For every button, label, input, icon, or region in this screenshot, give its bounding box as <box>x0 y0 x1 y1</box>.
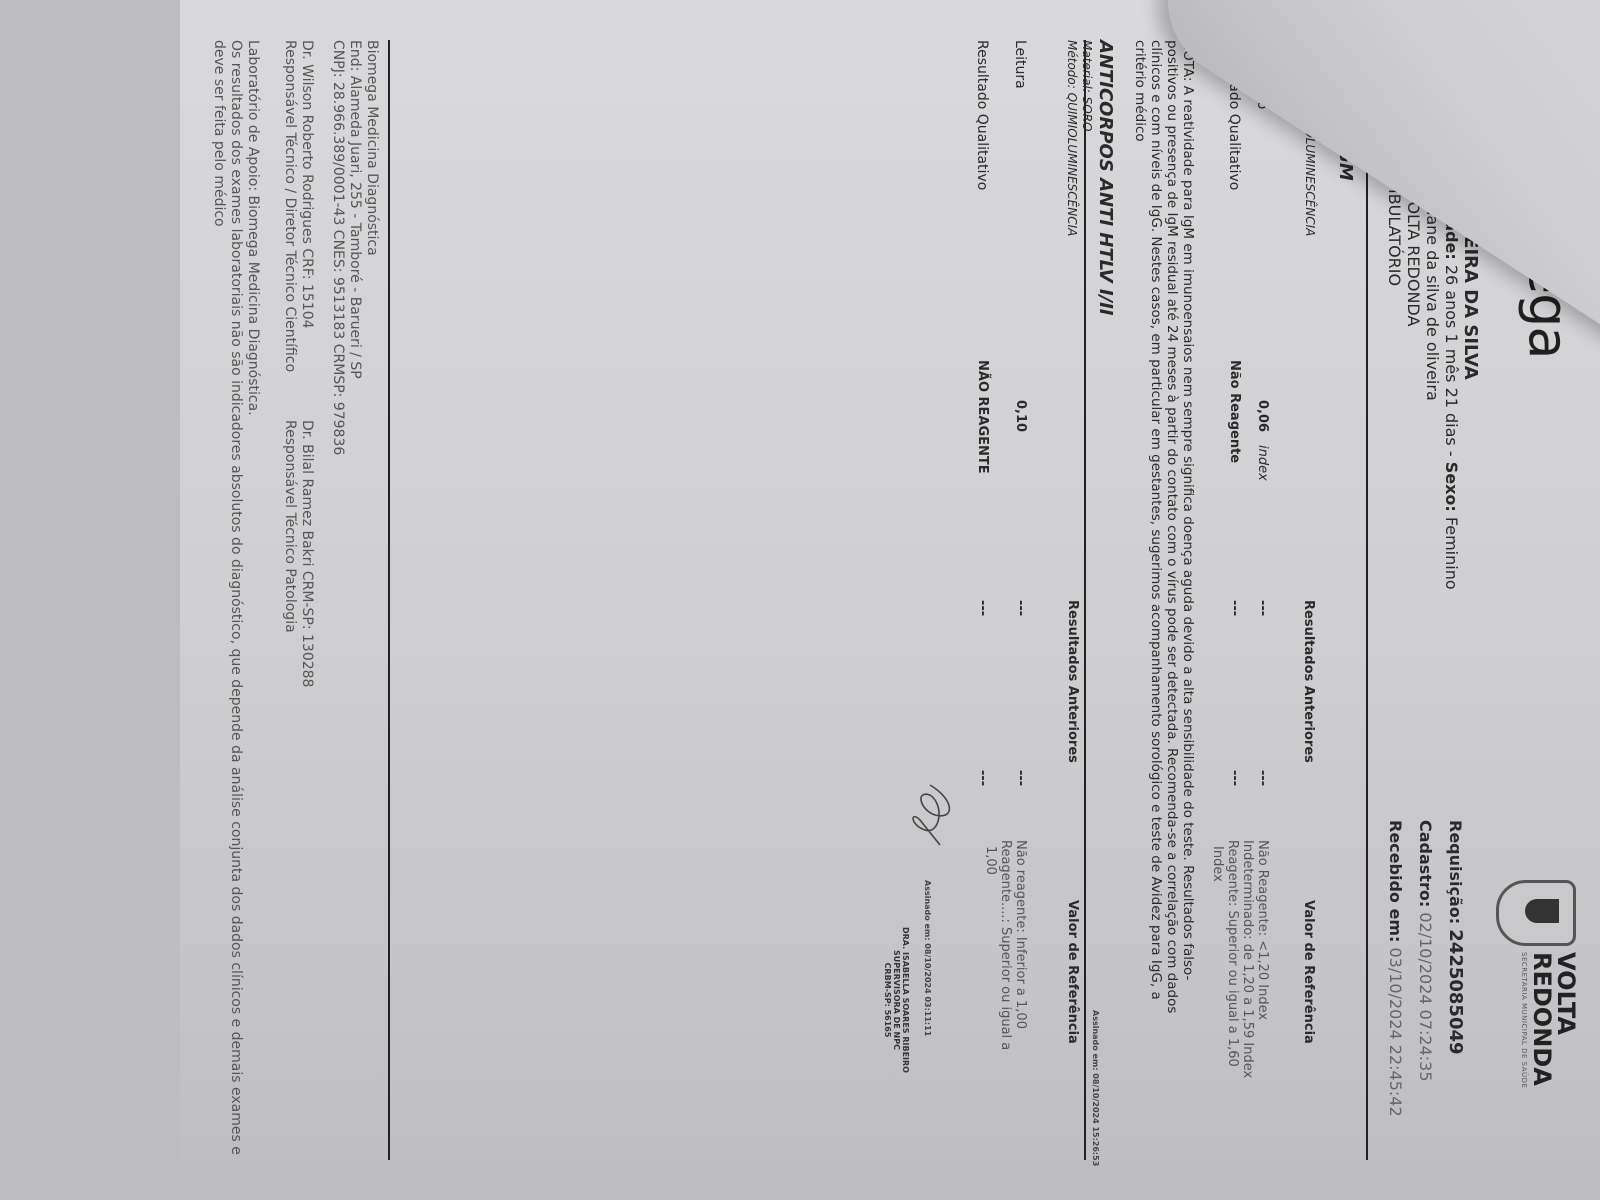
value-leitura: 0,10 <box>1013 400 1028 432</box>
handwritten-signature <box>900 780 960 850</box>
footer-address: End: Alameda Juari, 255 - Tamboré - Baru… <box>346 40 363 1160</box>
prev-result-2: --- <box>1227 770 1242 786</box>
reference-htlv: Não reagente: Inferior a 1,00 Reagente..… <box>983 840 1028 1140</box>
metodo-value: QUIMIOLUMINESCÊNCIA <box>1065 93 1079 237</box>
reference-rubeola: Não Reagente: <1,20 Index Indeterminado:… <box>1210 840 1270 1140</box>
footer-company: Biomega Medicina Diagnóstica <box>363 40 380 1160</box>
prev-result-2: --- <box>1255 770 1270 786</box>
exam-title-htlv: ANTICORPOS ANTI HTLV I/II <box>1095 40 1116 316</box>
cadastro-label: Cadastro: <box>1416 820 1435 907</box>
value-resultado: 0,06 <box>1255 400 1270 432</box>
recebido-date: 03/10/2024 22:45:42 <box>1386 947 1405 1116</box>
city-logo-sub: SECRETARIA MUNICIPAL DE SAÚDE <box>1519 952 1528 1088</box>
patient-age: 26 anos 1 mês 21 dias <box>1442 265 1461 446</box>
ref-line: Não reagente: Inferior a 1,00 <box>1013 840 1028 1140</box>
prev-result-1: --- <box>1255 600 1270 616</box>
ref-line: Index <box>1210 840 1225 1140</box>
signatory-name: DRA. ISABELLA SOARES RIBEIRO <box>901 880 910 1120</box>
ref-line: Reagente....: Superior ou igual a <box>998 840 1013 1140</box>
metodo-label: Método: <box>1065 40 1079 89</box>
col-reference: Valor de Referência <box>1301 900 1316 1044</box>
signed-at-htlv: Assinado em: 08/10/2024 03:11:11 <box>923 880 932 1036</box>
requisicao-label: Requisição: <box>1446 820 1465 924</box>
city-logo-title-2: REDONDA <box>1530 952 1554 1086</box>
footer-ids: CNPJ: 28.966.389/0001-43 CNES: 9513183 C… <box>329 40 346 1160</box>
signatory-block: DRA. ISABELLA SOARES RIBEIRO SUPERVISORA… <box>883 880 910 1120</box>
row-label-qualitativo-htlv: Resultado Qualitativo <box>974 40 990 190</box>
city-logo-title-1: VOLTA <box>1554 952 1578 1086</box>
footer-resp1-role: Responsável Técnico / Diretor Técnico Ci… <box>281 40 298 420</box>
prev-result-1: --- <box>1227 600 1242 616</box>
footer-lab-support: Laboratório de Apoio: Biomega Medicina D… <box>244 40 261 1160</box>
row-label-leitura: Leitura <box>1012 40 1028 89</box>
rubeola-note: NOTA: A reatividade para IgM em imunoens… <box>1132 40 1196 1040</box>
value-qualitativo: Não Reagente <box>1227 360 1242 463</box>
footer-resp1-name: Dr. Wilson Roberto Rodrigues CRF: 15104 <box>298 40 315 420</box>
prev-result-2: --- <box>1013 770 1028 786</box>
prev-result-1: --- <box>975 600 990 616</box>
material-label: Material: <box>1080 40 1094 93</box>
patient-sex: Feminino <box>1442 517 1461 590</box>
signatory-role: SUPERVISORA DE NPC <box>892 880 901 1120</box>
prev-result-1: --- <box>1013 600 1028 616</box>
requisicao-number: 2425085049 <box>1445 929 1466 1054</box>
ref-line: Reagente: Superior ou igual a 1,60 <box>1225 840 1240 1140</box>
material-value: SORO <box>1080 97 1094 132</box>
col-reference: Valor de Referência <box>1065 900 1080 1044</box>
footer-divider <box>388 40 390 1160</box>
volta-redonda-logo: VOLTA REDONDA SECRETARIA MUNICIPAL DE SA… <box>1490 880 1580 1140</box>
footer-resp2-name: Dr. Bilal Ramez Bakri CRM-SP: 130288 <box>298 420 315 687</box>
footer-resp2-role: Responsável Técnico Patologia <box>281 420 298 633</box>
ref-line: Indeterminado: de 1,20 a 1,59 Index <box>1240 840 1255 1140</box>
value-qualitativo-htlv: NÃO REAGENTE <box>975 360 990 474</box>
recebido-label: Recebido em: <box>1386 820 1405 942</box>
signed-at-rubeola: Assinado em: 08/10/2024 15:26:53 <box>1091 1010 1100 1166</box>
city-crest-icon <box>1496 880 1576 946</box>
prev-result-2: --- <box>975 770 990 786</box>
request-info: Requisição: 2425085049 Cadastro: 02/10/2… <box>1380 820 1470 1150</box>
footer-disclaimer: Os resultados dos exames laboratoriais n… <box>210 40 244 1160</box>
exam-meta-htlv: Material: SORO Método: QUIMIOLUMINESCÊNC… <box>1064 40 1094 236</box>
header-divider <box>1366 40 1368 1160</box>
report-footer: Biomega Medicina Diagnóstica End: Alamed… <box>210 40 380 1160</box>
col-previous-results: Resultados Anteriores <box>1065 600 1080 763</box>
ref-line: 1,00 <box>983 840 998 1140</box>
ref-line: Não Reagente: <1,20 Index <box>1255 840 1270 1140</box>
col-previous-results: Resultados Anteriores <box>1301 600 1316 763</box>
sexo-label: Sexo: <box>1442 462 1461 512</box>
unit-resultado: index <box>1255 445 1270 481</box>
cadastro-date: 02/10/2024 07:24:35 <box>1416 912 1435 1081</box>
signatory-registration: CRBM-SP: 56165 <box>883 880 892 1120</box>
